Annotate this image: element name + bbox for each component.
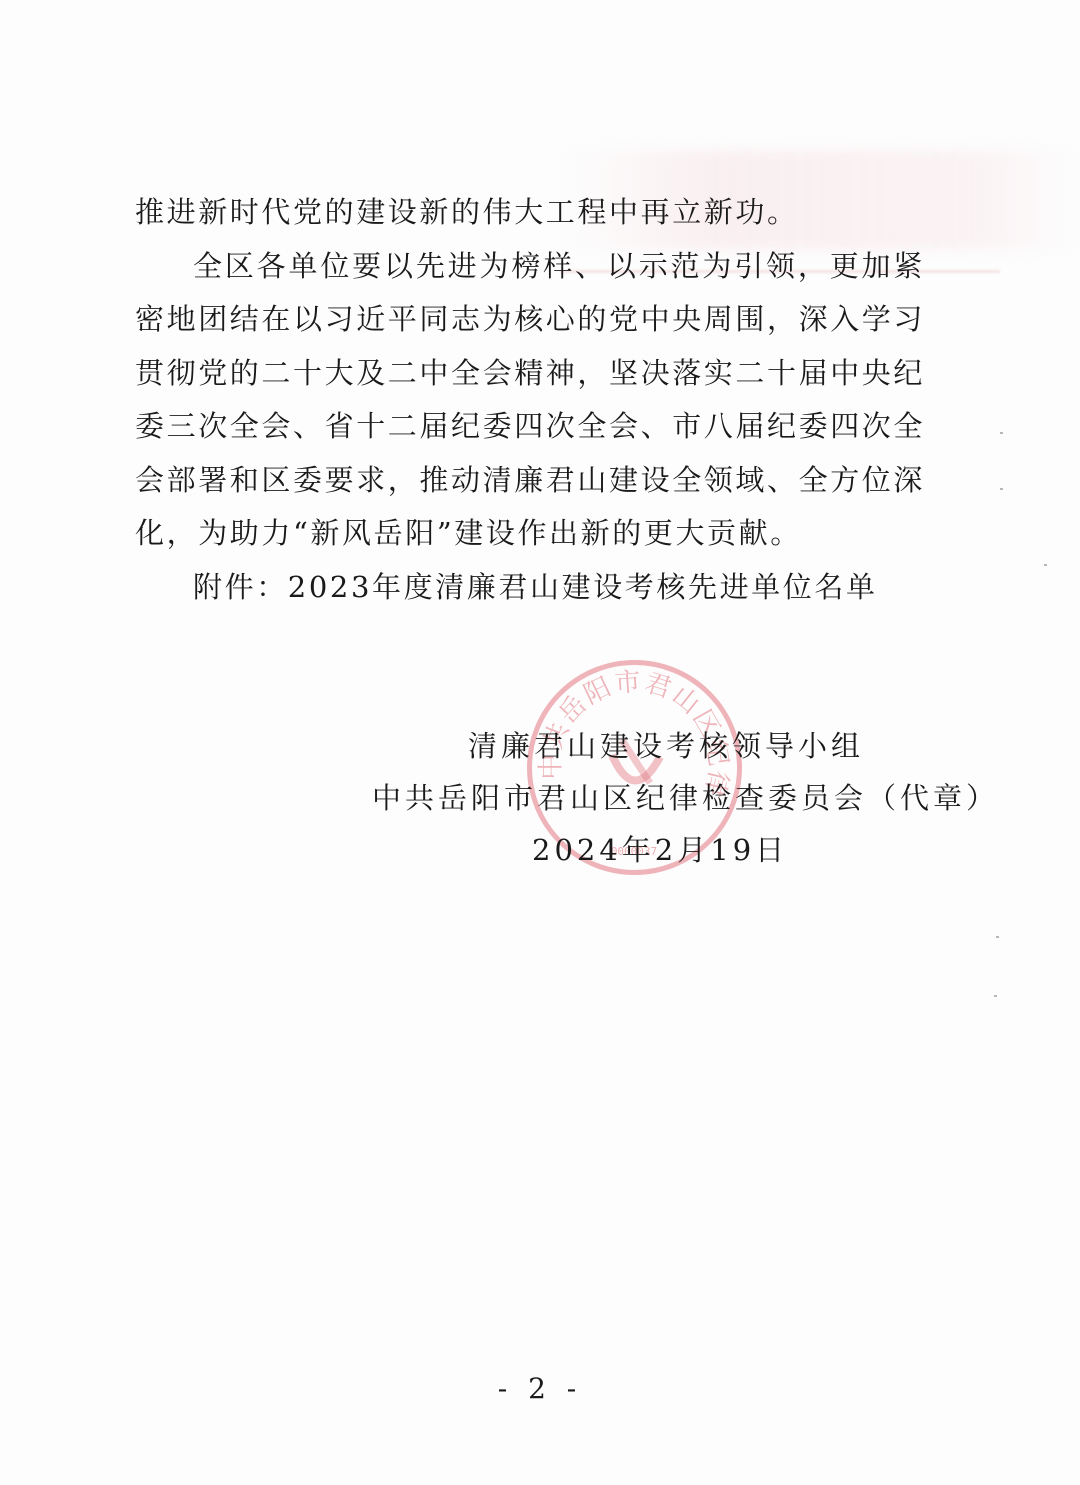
scan-speck [1000,432,1003,434]
scan-speck [1000,488,1003,490]
scan-speck [1044,564,1047,566]
scan-speck [994,995,997,997]
paragraph-continuation: 推进新时代党的建设新的伟大工程中再立新功。 [135,186,925,240]
signing-date: 2024年2月19日 [360,824,920,876]
attachment-note: 附件：2023年度清廉君山建设考核先进单位名单 [135,561,925,615]
signing-organization: 中共岳阳市君山区纪律检查委员会（代章） [360,772,920,824]
page-number: - 2 - [0,1372,1080,1405]
signature-block: 清廉君山建设考核领导小组 中共岳阳市君山区纪律检查委员会（代章） 2024年2月… [360,720,920,876]
document-body: 推进新时代党的建设新的伟大工程中再立新功。 全区各单位要以先进为榜样、以示范为引… [135,186,925,614]
scan-speck [996,936,999,938]
signing-group: 清廉君山建设考核领导小组 [360,720,920,772]
document-page: 推进新时代党的建设新的伟大工程中再立新功。 全区各单位要以先进为榜样、以示范为引… [0,0,1080,1485]
paragraph-call-to-action: 全区各单位要以先进为榜样、以示范为引领，更加紧密地团结在以习近平同志为核心的党中… [135,240,925,561]
